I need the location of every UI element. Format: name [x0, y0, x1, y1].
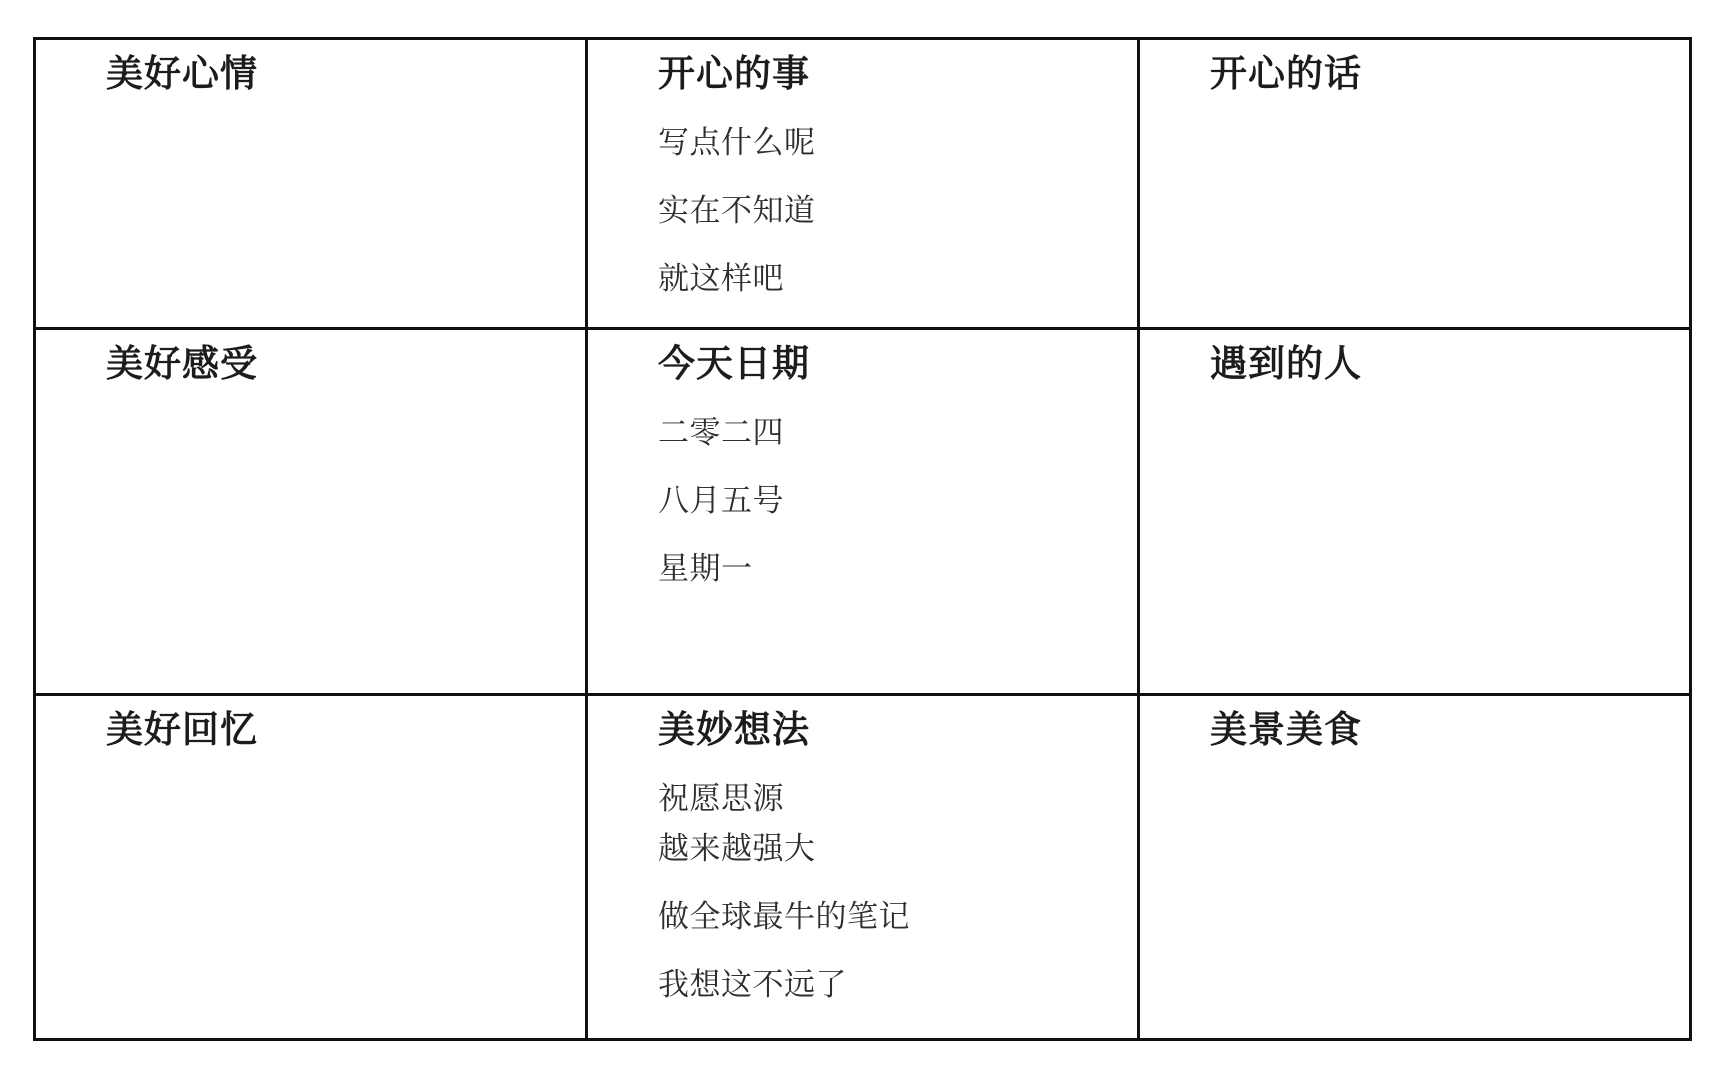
cell-paragraph: 二零二四: [658, 408, 1113, 458]
cell-title: 遇到的人: [1210, 338, 1665, 390]
cell-paragraph: 写点什么呢: [658, 118, 1113, 168]
cell-paragraph: 就这样吧: [658, 254, 1113, 304]
cell-paragraph: 做全球最牛的笔记: [658, 892, 1113, 942]
cell-title: 美妙想法: [658, 704, 1113, 756]
cell-beautiful-feelings[interactable]: 美好感受: [36, 330, 588, 696]
cell-title: 美好感受: [106, 338, 561, 390]
cell-paragraph: 实在不知道: [658, 186, 1113, 236]
cell-title: 开心的事: [658, 48, 1113, 100]
cell-paragraph: 祝愿思源越来越强大: [658, 774, 1113, 874]
cell-wonderful-ideas[interactable]: 美妙想法 祝愿思源越来越强大 做全球最牛的笔记 我想这不远了: [588, 696, 1140, 1038]
cell-paragraph: 我想这不远了: [658, 960, 1113, 1010]
cell-title: 今天日期: [658, 338, 1113, 390]
cell-people-met[interactable]: 遇到的人: [1140, 330, 1689, 696]
cell-today-date[interactable]: 今天日期 二零二四 八月五号 星期一: [588, 330, 1140, 696]
cell-paragraph: 星期一: [658, 544, 1113, 594]
cell-beautiful-mood[interactable]: 美好心情: [36, 40, 588, 330]
cell-scenery-and-food[interactable]: 美景美食: [1140, 696, 1689, 1038]
journal-table: 美好心情 开心的事 写点什么呢 实在不知道 就这样吧 开心的话 美好感受 今天日…: [33, 37, 1692, 1041]
cell-title: 美好心情: [106, 48, 561, 100]
cell-title: 开心的话: [1210, 48, 1665, 100]
cell-title: 美好回忆: [106, 704, 561, 756]
cell-beautiful-memories[interactable]: 美好回忆: [36, 696, 588, 1038]
cell-title: 美景美食: [1210, 704, 1665, 756]
cell-happy-words[interactable]: 开心的话: [1140, 40, 1689, 330]
cell-paragraph: 八月五号: [658, 476, 1113, 526]
cell-happy-things[interactable]: 开心的事 写点什么呢 实在不知道 就这样吧: [588, 40, 1140, 330]
